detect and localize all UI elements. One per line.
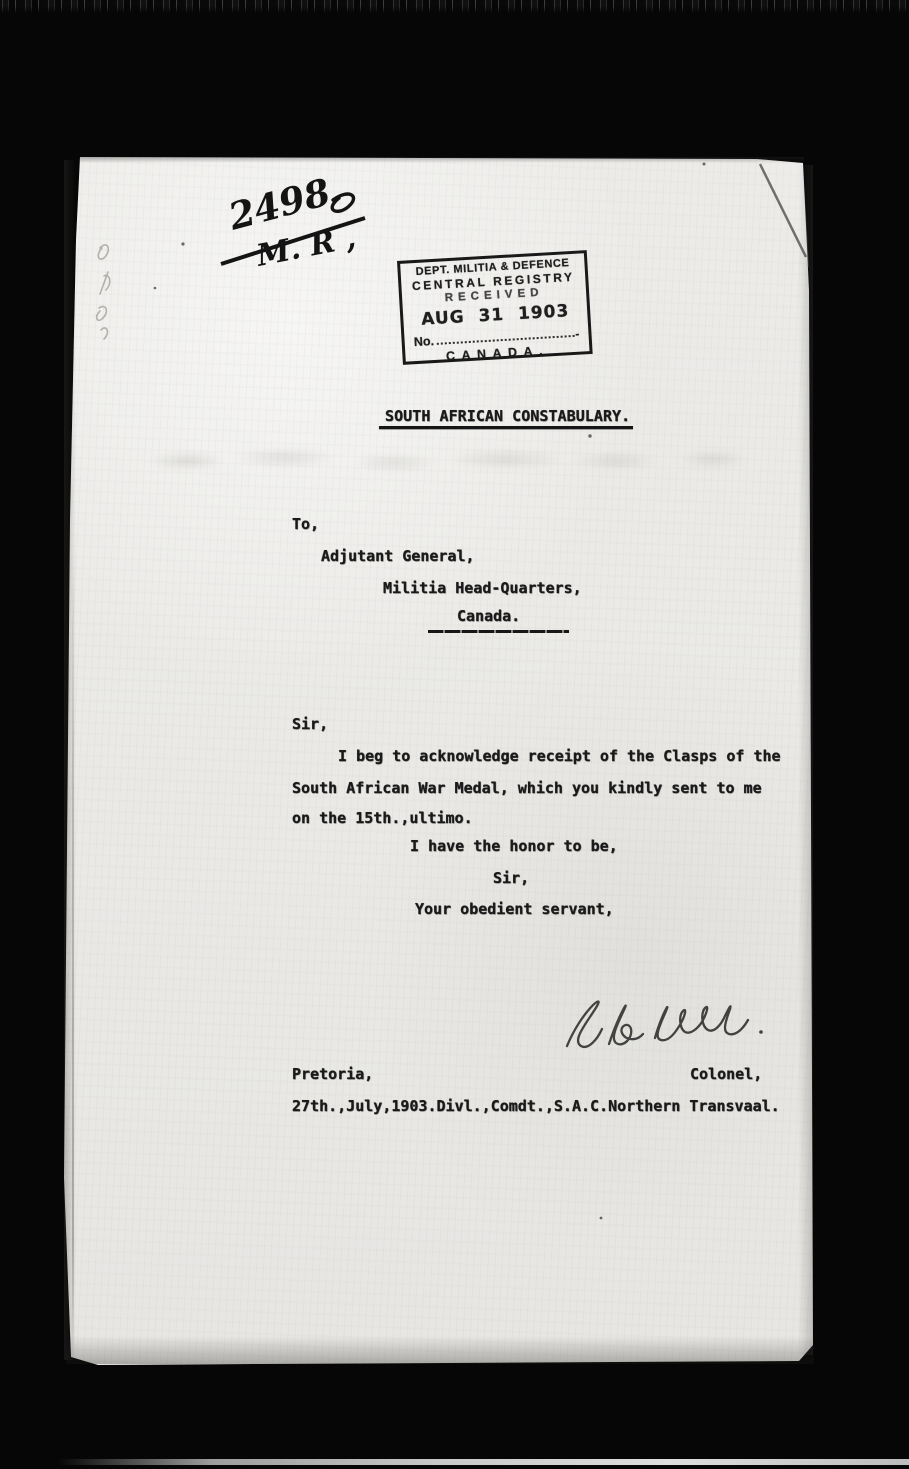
body-line-3: on the 15th.,ultimo. [292, 810, 473, 826]
address-line-3: Canada. [457, 608, 520, 624]
paper-top-edge-shadow [80, 157, 804, 163]
address-line-2: Militia Head-Quarters, [383, 580, 582, 596]
handwritten-docket: 2498 M. R , [213, 178, 383, 283]
scanner-bottom-strip [58, 1459, 909, 1465]
valediction-line-3: Your obedient servant, [415, 901, 614, 917]
footer-date-title-line: 27th.,July,1903.Divl.,Comdt.,S.A.C.North… [292, 1098, 780, 1114]
body-line-2: South African War Medal, which you kindl… [292, 780, 762, 796]
paper-left-edge-shadow [64, 160, 76, 1360]
stamp-number-label: No. [414, 334, 435, 349]
signature-surname-stroke [655, 1006, 748, 1040]
address-line-1: Adjutant General, [321, 548, 475, 564]
signature-initials-stroke [567, 1001, 643, 1046]
address-to: To, [292, 516, 319, 532]
body-line-1: I beg to acknowledge receipt of the Clas… [338, 748, 781, 764]
scanner-top-noise [0, 0, 909, 15]
valediction-line-2: Sir, [493, 870, 529, 886]
stamp-date: AUG 31 1903 [421, 301, 570, 329]
ink-bleedthrough-band [150, 444, 762, 478]
letter-heading: SOUTH AFRICAN CONSTABULARY. [385, 408, 630, 424]
paper-right-edge-shadow [798, 165, 813, 1355]
heading-underline [379, 426, 633, 429]
stamp-leader-dash: - [575, 327, 580, 341]
footer-rank: Colonel, [690, 1066, 762, 1082]
paper-left-crease [72, 560, 74, 1360]
address-rule [428, 630, 569, 633]
valediction-line-1: I have the honor to be, [410, 838, 618, 854]
registry-stamp: DEPT. MILITIA & DEFENCE CENTRAL REGISTRY… [397, 250, 593, 365]
signature-scrawl [553, 988, 783, 1063]
stamp-dotted-leader [437, 335, 574, 345]
salutation: Sir, [292, 716, 328, 732]
signature-period [759, 1030, 763, 1034]
footer-place: Pretoria, [292, 1066, 373, 1082]
paper-bottom-edge-shadow [66, 1336, 814, 1364]
scanned-document-view: 2498 M. R , DEPT. MILITIA & DEFENCE CENT… [0, 0, 909, 1469]
handwritten-flourish [332, 194, 353, 211]
paper-sheet [0, 0, 909, 1469]
